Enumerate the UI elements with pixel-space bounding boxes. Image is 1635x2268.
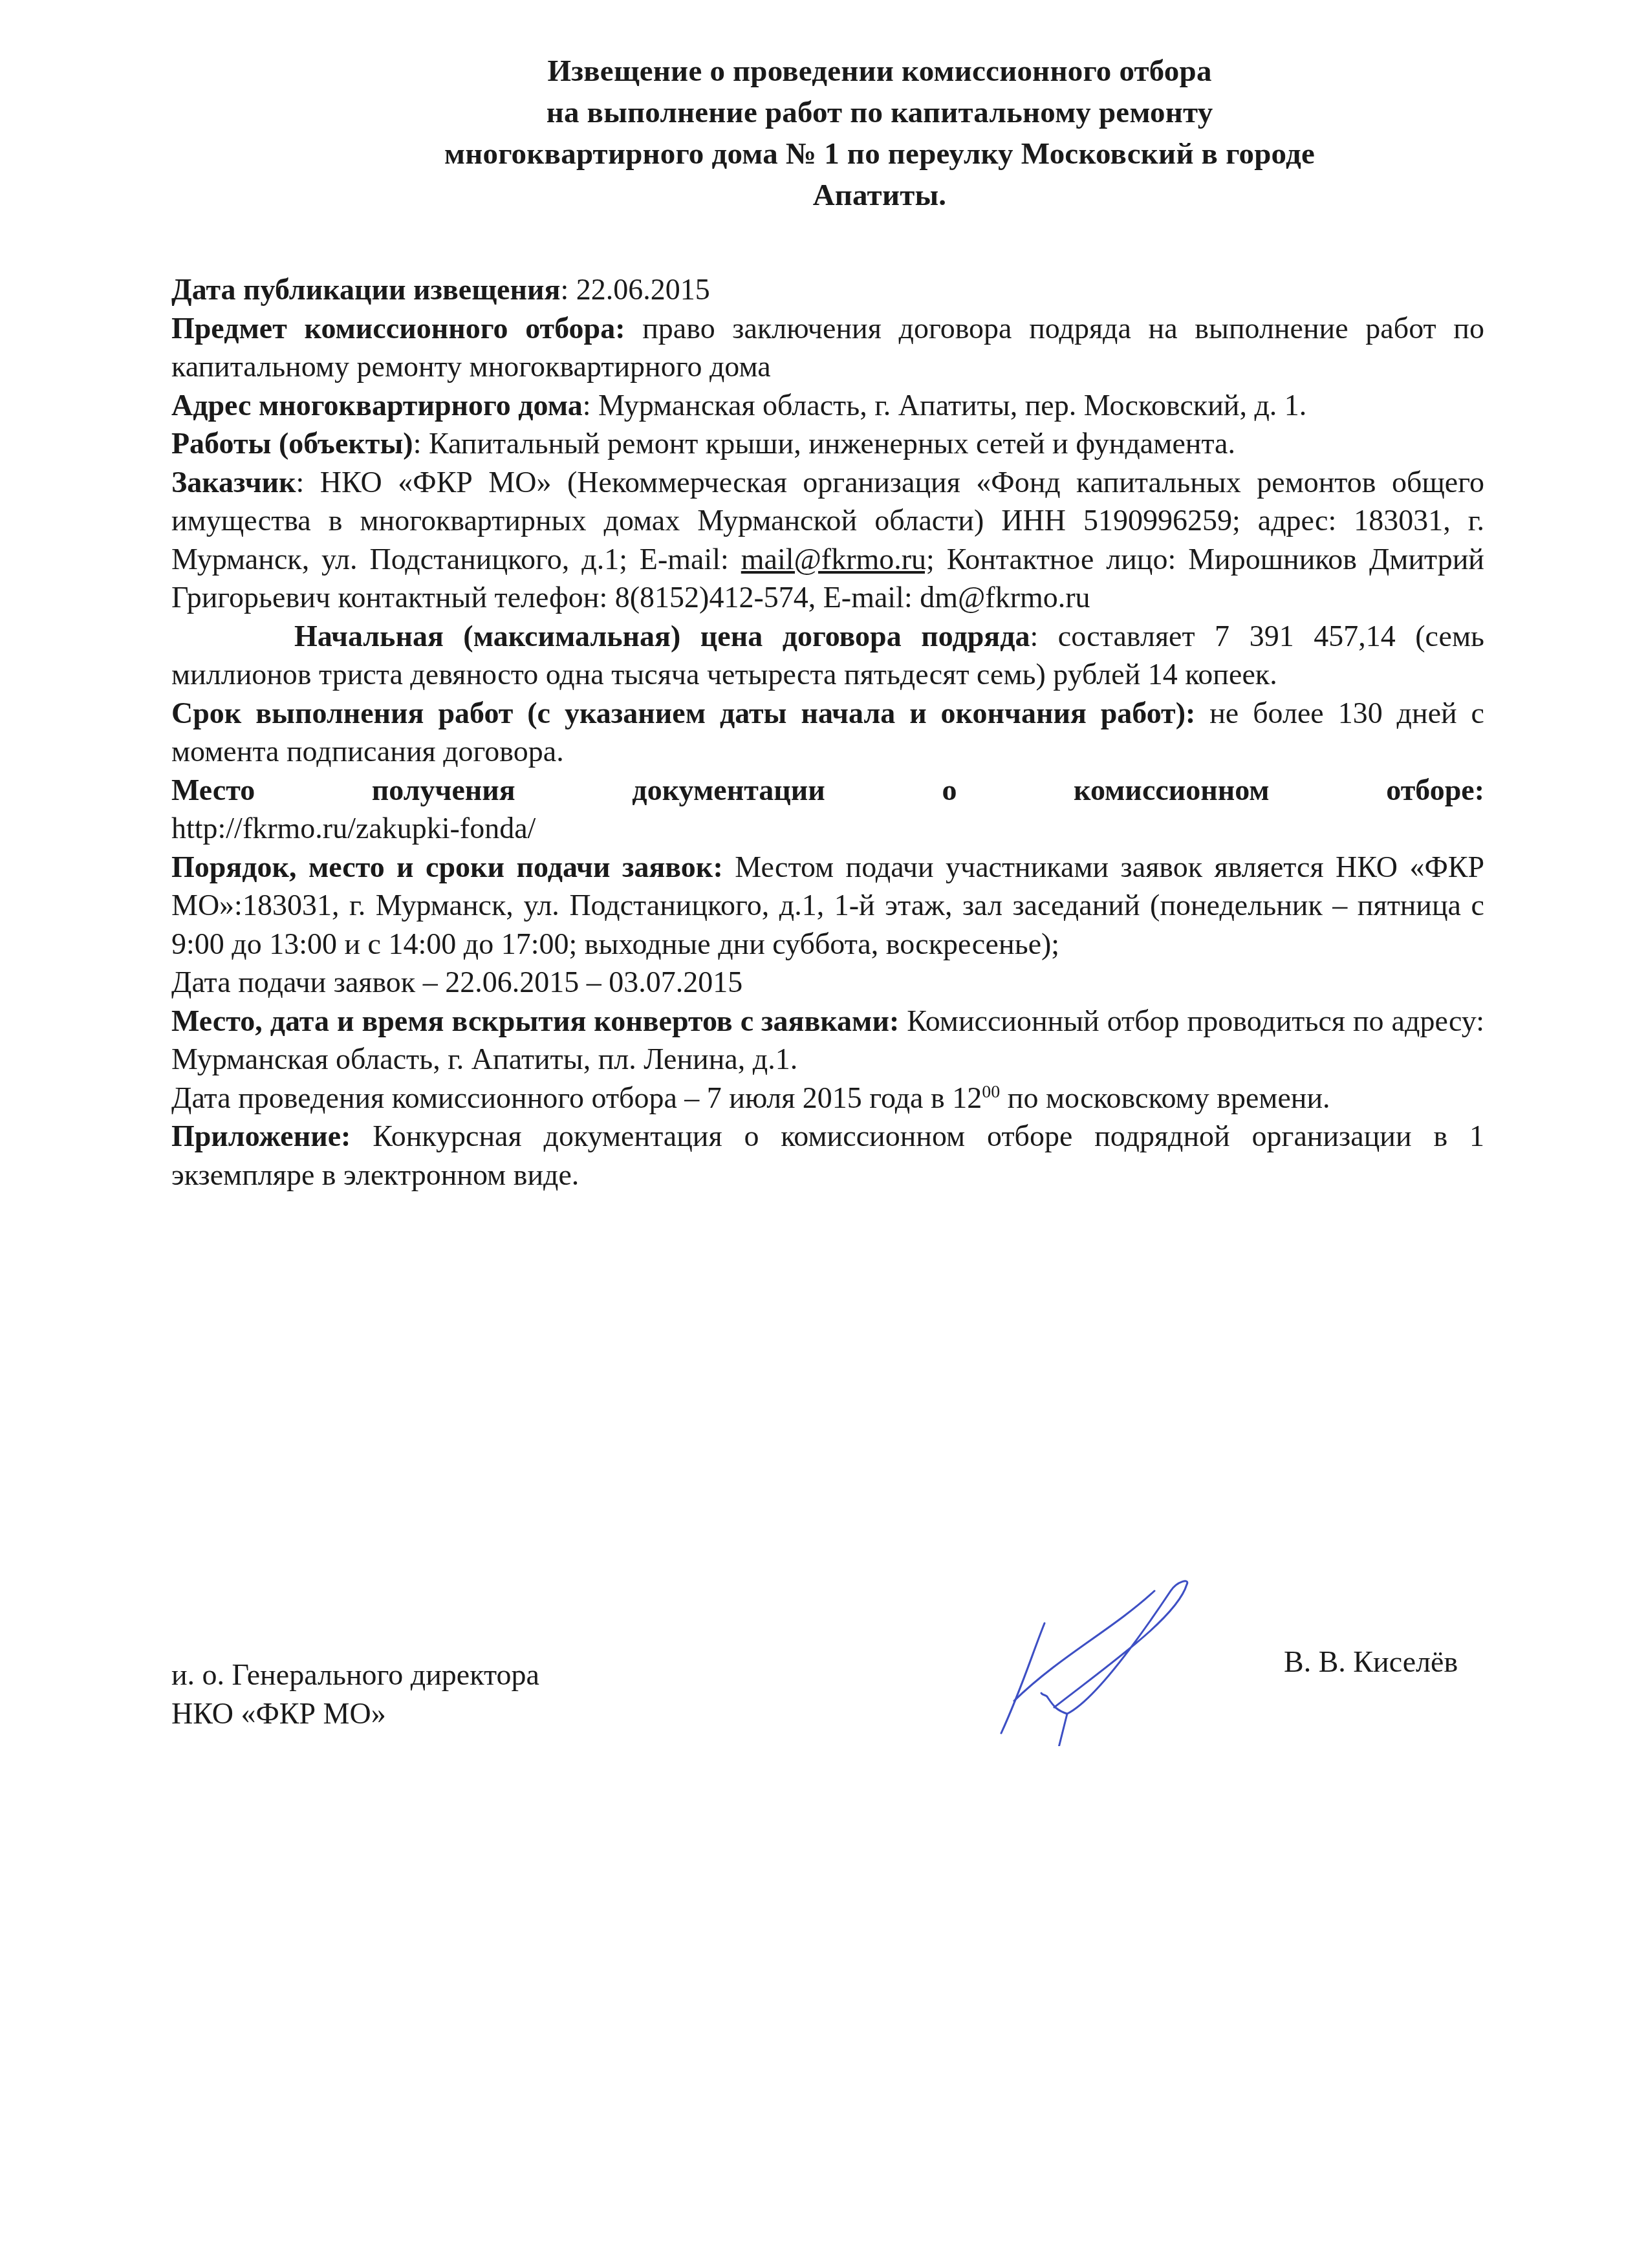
signer-name: В. В. Киселёв — [1284, 1643, 1458, 1681]
building-address: Адрес многоквартирного дома: Мурманская … — [171, 386, 1484, 425]
works-label: Работы (объекты) — [171, 427, 413, 460]
title-line-1: Извещение о проведении комиссионного отб… — [278, 50, 1481, 92]
work-term-label: Срок выполнения работ (с указанием даты … — [171, 697, 1195, 729]
customer-email-link[interactable]: mail@fkrmo.ru; — [741, 543, 935, 576]
signer-position: и. о. Генерального директора НКО «ФКР МО… — [171, 1656, 539, 1733]
signer-position-line-1: и. о. Генерального директора — [171, 1656, 539, 1694]
documentation-place: Место получения документации о комиссион… — [171, 771, 1484, 810]
submission-procedure: Порядок, место и сроки подачи заявок: Ме… — [171, 848, 1484, 964]
title-line-4: Апатиты. — [278, 175, 1481, 216]
selection-date-prefix: Дата проведения комиссионного отбора – 7… — [171, 1081, 982, 1114]
publication-date-value: 22.06.2015 — [576, 273, 710, 306]
works: Работы (объекты): Капитальный ремонт кры… — [171, 424, 1484, 463]
title-line-3: многоквартирного дома № 1 по переулку Мо… — [278, 133, 1481, 175]
handwritten-signature-icon — [983, 1578, 1216, 1746]
subject-label: Предмет комиссионного отбора: — [171, 312, 625, 345]
selection-date-minutes: 00 — [982, 1081, 1000, 1101]
attachment: Приложение: Конкурсная документация о ко… — [171, 1117, 1484, 1194]
envelope-opening-label: Место, дата и время вскрытия конвертов с… — [171, 1004, 899, 1037]
work-term: Срок выполнения работ (с указанием даты … — [171, 694, 1484, 771]
signer-position-line-2: НКО «ФКР МО» — [171, 1694, 539, 1733]
works-value: Капитальный ремонт крыши, инженерных сет… — [429, 427, 1235, 460]
building-address-label: Адрес многоквартирного дома — [171, 389, 583, 422]
customer-label: Заказчик — [171, 466, 296, 499]
contract-price-label: Начальная (максимальная) цена договора п… — [294, 620, 1030, 653]
attachment-value: Конкурсная документация о комиссионном о… — [171, 1119, 1484, 1191]
customer-colon: : — [296, 466, 320, 499]
document-page: Извещение о проведении комиссионного отб… — [0, 0, 1635, 2268]
selection-date-suffix: по московскому времени. — [1000, 1081, 1330, 1114]
documentation-url-link[interactable]: http://fkrmo.ru/zakupki-fonda/ — [171, 812, 536, 845]
publication-date-colon: : — [560, 273, 576, 306]
publication-date: Дата публикации извещения: 22.06.2015 — [171, 270, 1484, 309]
works-colon: : — [413, 427, 429, 460]
envelope-opening: Место, дата и время вскрытия конвертов с… — [171, 1002, 1484, 1079]
building-address-colon: : — [583, 389, 598, 422]
selection-date: Дата проведения комиссионного отбора – 7… — [171, 1079, 1484, 1118]
building-address-value: Мурманская область, г. Апатиты, пер. Мос… — [598, 389, 1306, 422]
document-body: Дата публикации извещения: 22.06.2015 Пр… — [171, 270, 1484, 1194]
contract-price-colon: : — [1030, 620, 1057, 653]
title-line-2: на выполнение работ по капитальному ремо… — [278, 92, 1481, 133]
documentation-place-label: Место получения документации о комиссион… — [171, 773, 1484, 806]
publication-date-label: Дата публикации извещения — [171, 273, 560, 306]
submission-procedure-label: Порядок, место и сроки подачи заявок: — [171, 850, 723, 883]
contract-price: Начальная (максимальная) цена договора п… — [171, 617, 1484, 694]
submission-dates: Дата подачи заявок – 22.06.2015 – 03.07.… — [171, 963, 1484, 1002]
subject: Предмет комиссионного отбора: право закл… — [171, 309, 1484, 386]
attachment-label: Приложение: — [171, 1119, 351, 1152]
customer: Заказчик: НКО «ФКР МО» (Некоммерческая о… — [171, 463, 1484, 617]
document-title: Извещение о проведении комиссионного отб… — [278, 50, 1481, 216]
documentation-url-line: http://fkrmo.ru/zakupki-fonda/ — [171, 809, 1484, 848]
